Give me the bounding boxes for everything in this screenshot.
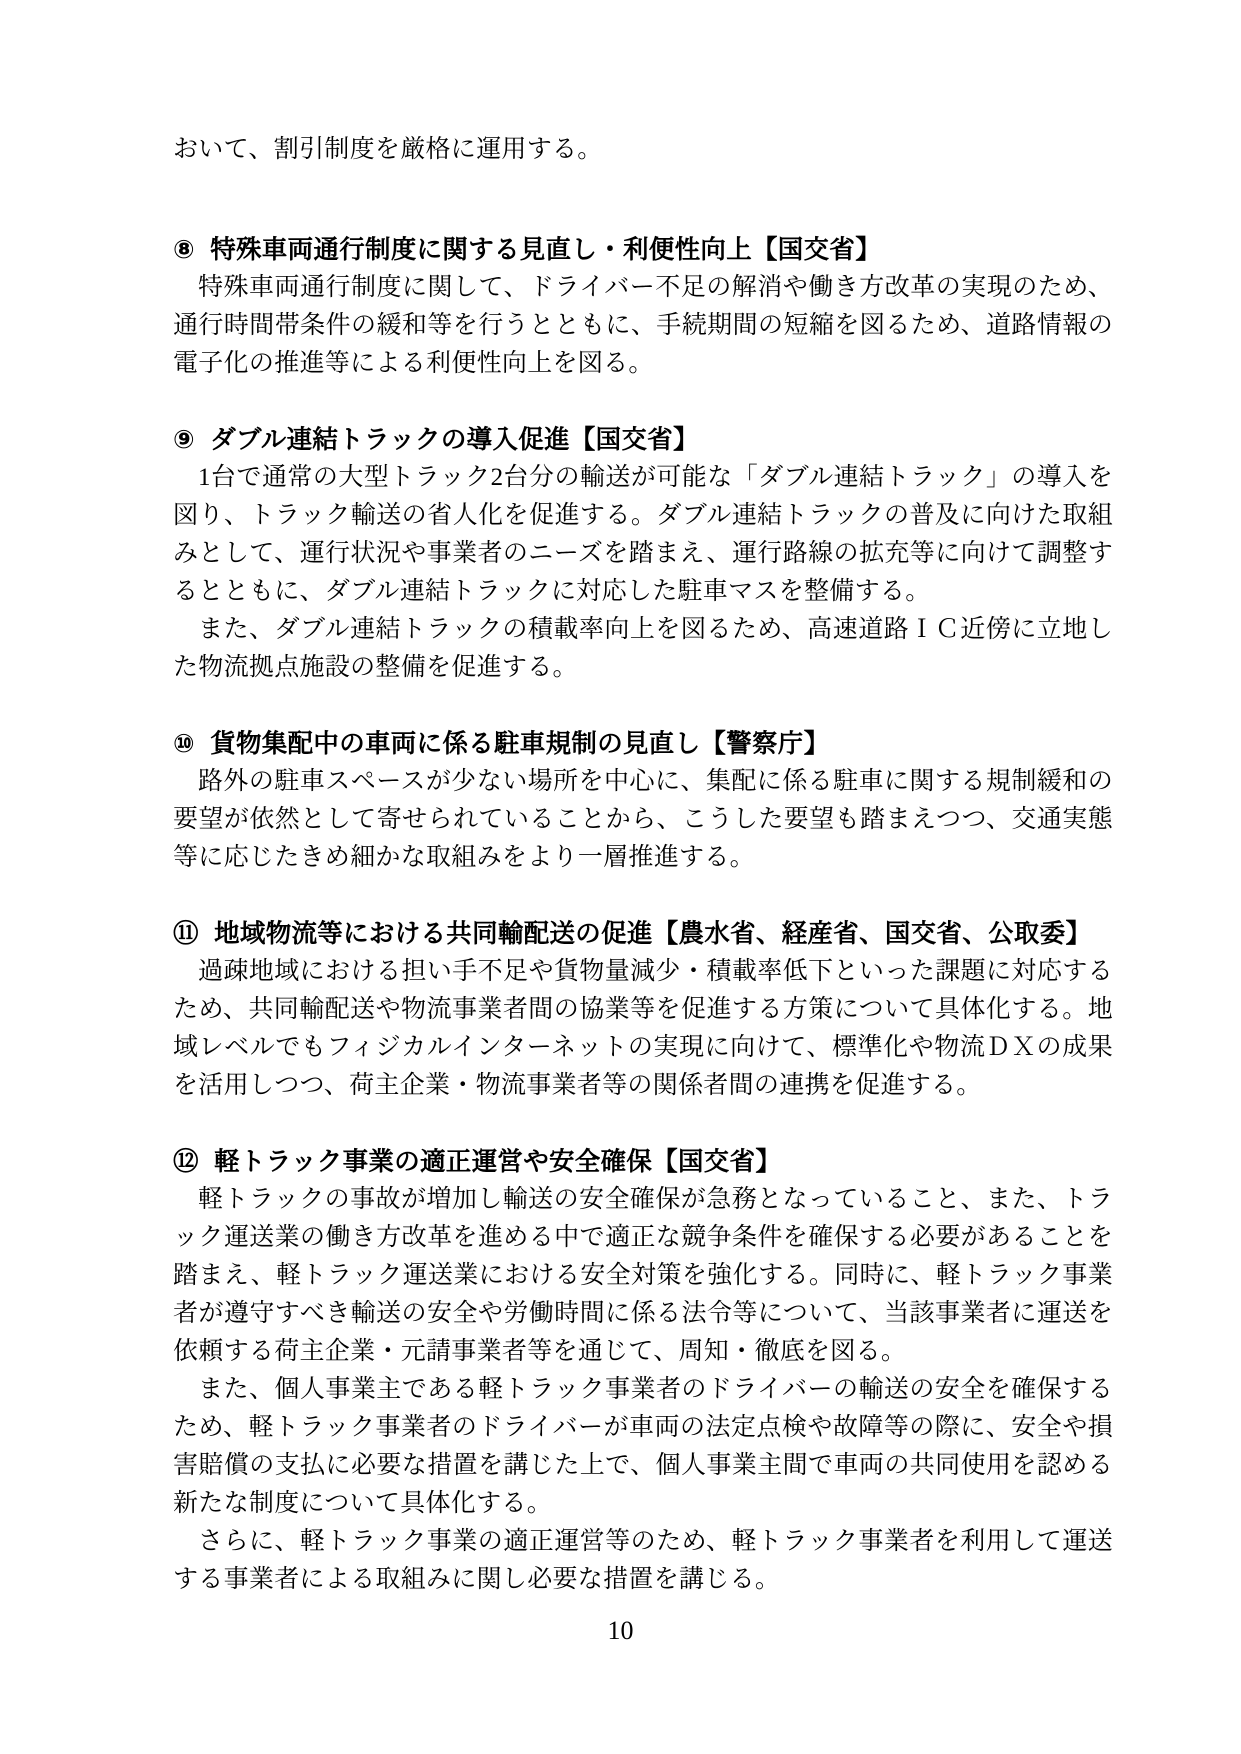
section-heading: ⑨ダブル連結トラックの導入促進【国交省】 <box>173 421 1113 459</box>
section-paragraph: 1台で通常の大型トラック2台分の輸送が可能な「ダブル連結トラック」の導入を図り、… <box>173 459 1113 611</box>
section-paragraph: さらに、軽トラック事業の適正運営等のため、軽トラック事業者を利用して運送する事業… <box>173 1523 1113 1599</box>
section-title: 貨物集配中の車両に係る駐車規制の見直し【警察庁】 <box>210 730 829 758</box>
section-paragraph: 過疎地域における担い手不足や貨物量減少・積載率低下といった課題に対応するため、共… <box>173 953 1113 1105</box>
section-title: 軽トラック事業の適正運営や安全確保【国交省】 <box>214 1148 781 1176</box>
section-parking-regulation: ⑩貨物集配中の車両に係る駐車規制の見直し【警察庁】 路外の駐車スペースが少ない場… <box>173 725 1113 877</box>
section-title: ダブル連結トラックの導入促進【国交省】 <box>210 426 699 454</box>
circled-number-10: ⑩ <box>173 725 195 763</box>
section-paragraph: 軽トラックの事故が増加し輸送の安全確保が急務となっていること、また、トラック運送… <box>173 1181 1113 1371</box>
section-paragraph: また、個人事業主である軽トラック事業者のドライバーの輸送の安全を確保するため、軽… <box>173 1371 1113 1523</box>
section-paragraph: 特殊車両通行制度に関して、ドライバー不足の解消や働き方改革の実現のため、通行時間… <box>173 269 1113 383</box>
section-special-vehicle-permit: ⑧特殊車両通行制度に関する見直し・利便性向上【国交省】 特殊車両通行制度に関して… <box>173 231 1113 383</box>
section-heading: ⑫軽トラック事業の適正運営や安全確保【国交省】 <box>173 1143 1113 1181</box>
section-heading: ⑩貨物集配中の車両に係る駐車規制の見直し【警察庁】 <box>173 725 1113 763</box>
page-number: 10 <box>0 1612 1241 1650</box>
circled-number-9: ⑨ <box>173 421 195 459</box>
section-double-trailer-truck: ⑨ダブル連結トラックの導入促進【国交省】 1台で通常の大型トラック2台分の輸送が… <box>173 421 1113 687</box>
circled-number-12: ⑫ <box>173 1143 199 1181</box>
section-title: 特殊車両通行制度に関する見直し・利便性向上【国交省】 <box>210 236 881 264</box>
section-paragraph: 路外の駐車スペースが少ない場所を中心に、集配に係る駐車に関する規制緩和の要望が依… <box>173 763 1113 877</box>
section-title: 地域物流等における共同輸配送の促進【農水省、経産省、国交省、公取委】 <box>214 920 1091 948</box>
section-joint-transport: ⑪地域物流等における共同輸配送の促進【農水省、経産省、国交省、公取委】 過疎地域… <box>173 915 1113 1105</box>
section-light-truck-business: ⑫軽トラック事業の適正運営や安全確保【国交省】 軽トラックの事故が増加し輸送の安… <box>173 1143 1113 1599</box>
circled-number-11: ⑪ <box>173 915 199 953</box>
section-heading: ⑧特殊車両通行制度に関する見直し・利便性向上【国交省】 <box>173 231 1113 269</box>
continuation-paragraph: おいて、割引制度を厳格に運用する。 <box>173 131 1113 169</box>
document-page: おいて、割引制度を厳格に運用する。 ⑧特殊車両通行制度に関する見直し・利便性向上… <box>0 0 1241 1754</box>
circled-number-8: ⑧ <box>173 231 195 269</box>
section-paragraph: また、ダブル連結トラックの積載率向上を図るため、高速道路ＩＣ近傍に立地した物流拠… <box>173 611 1113 687</box>
section-heading: ⑪地域物流等における共同輸配送の促進【農水省、経産省、国交省、公取委】 <box>173 915 1113 953</box>
